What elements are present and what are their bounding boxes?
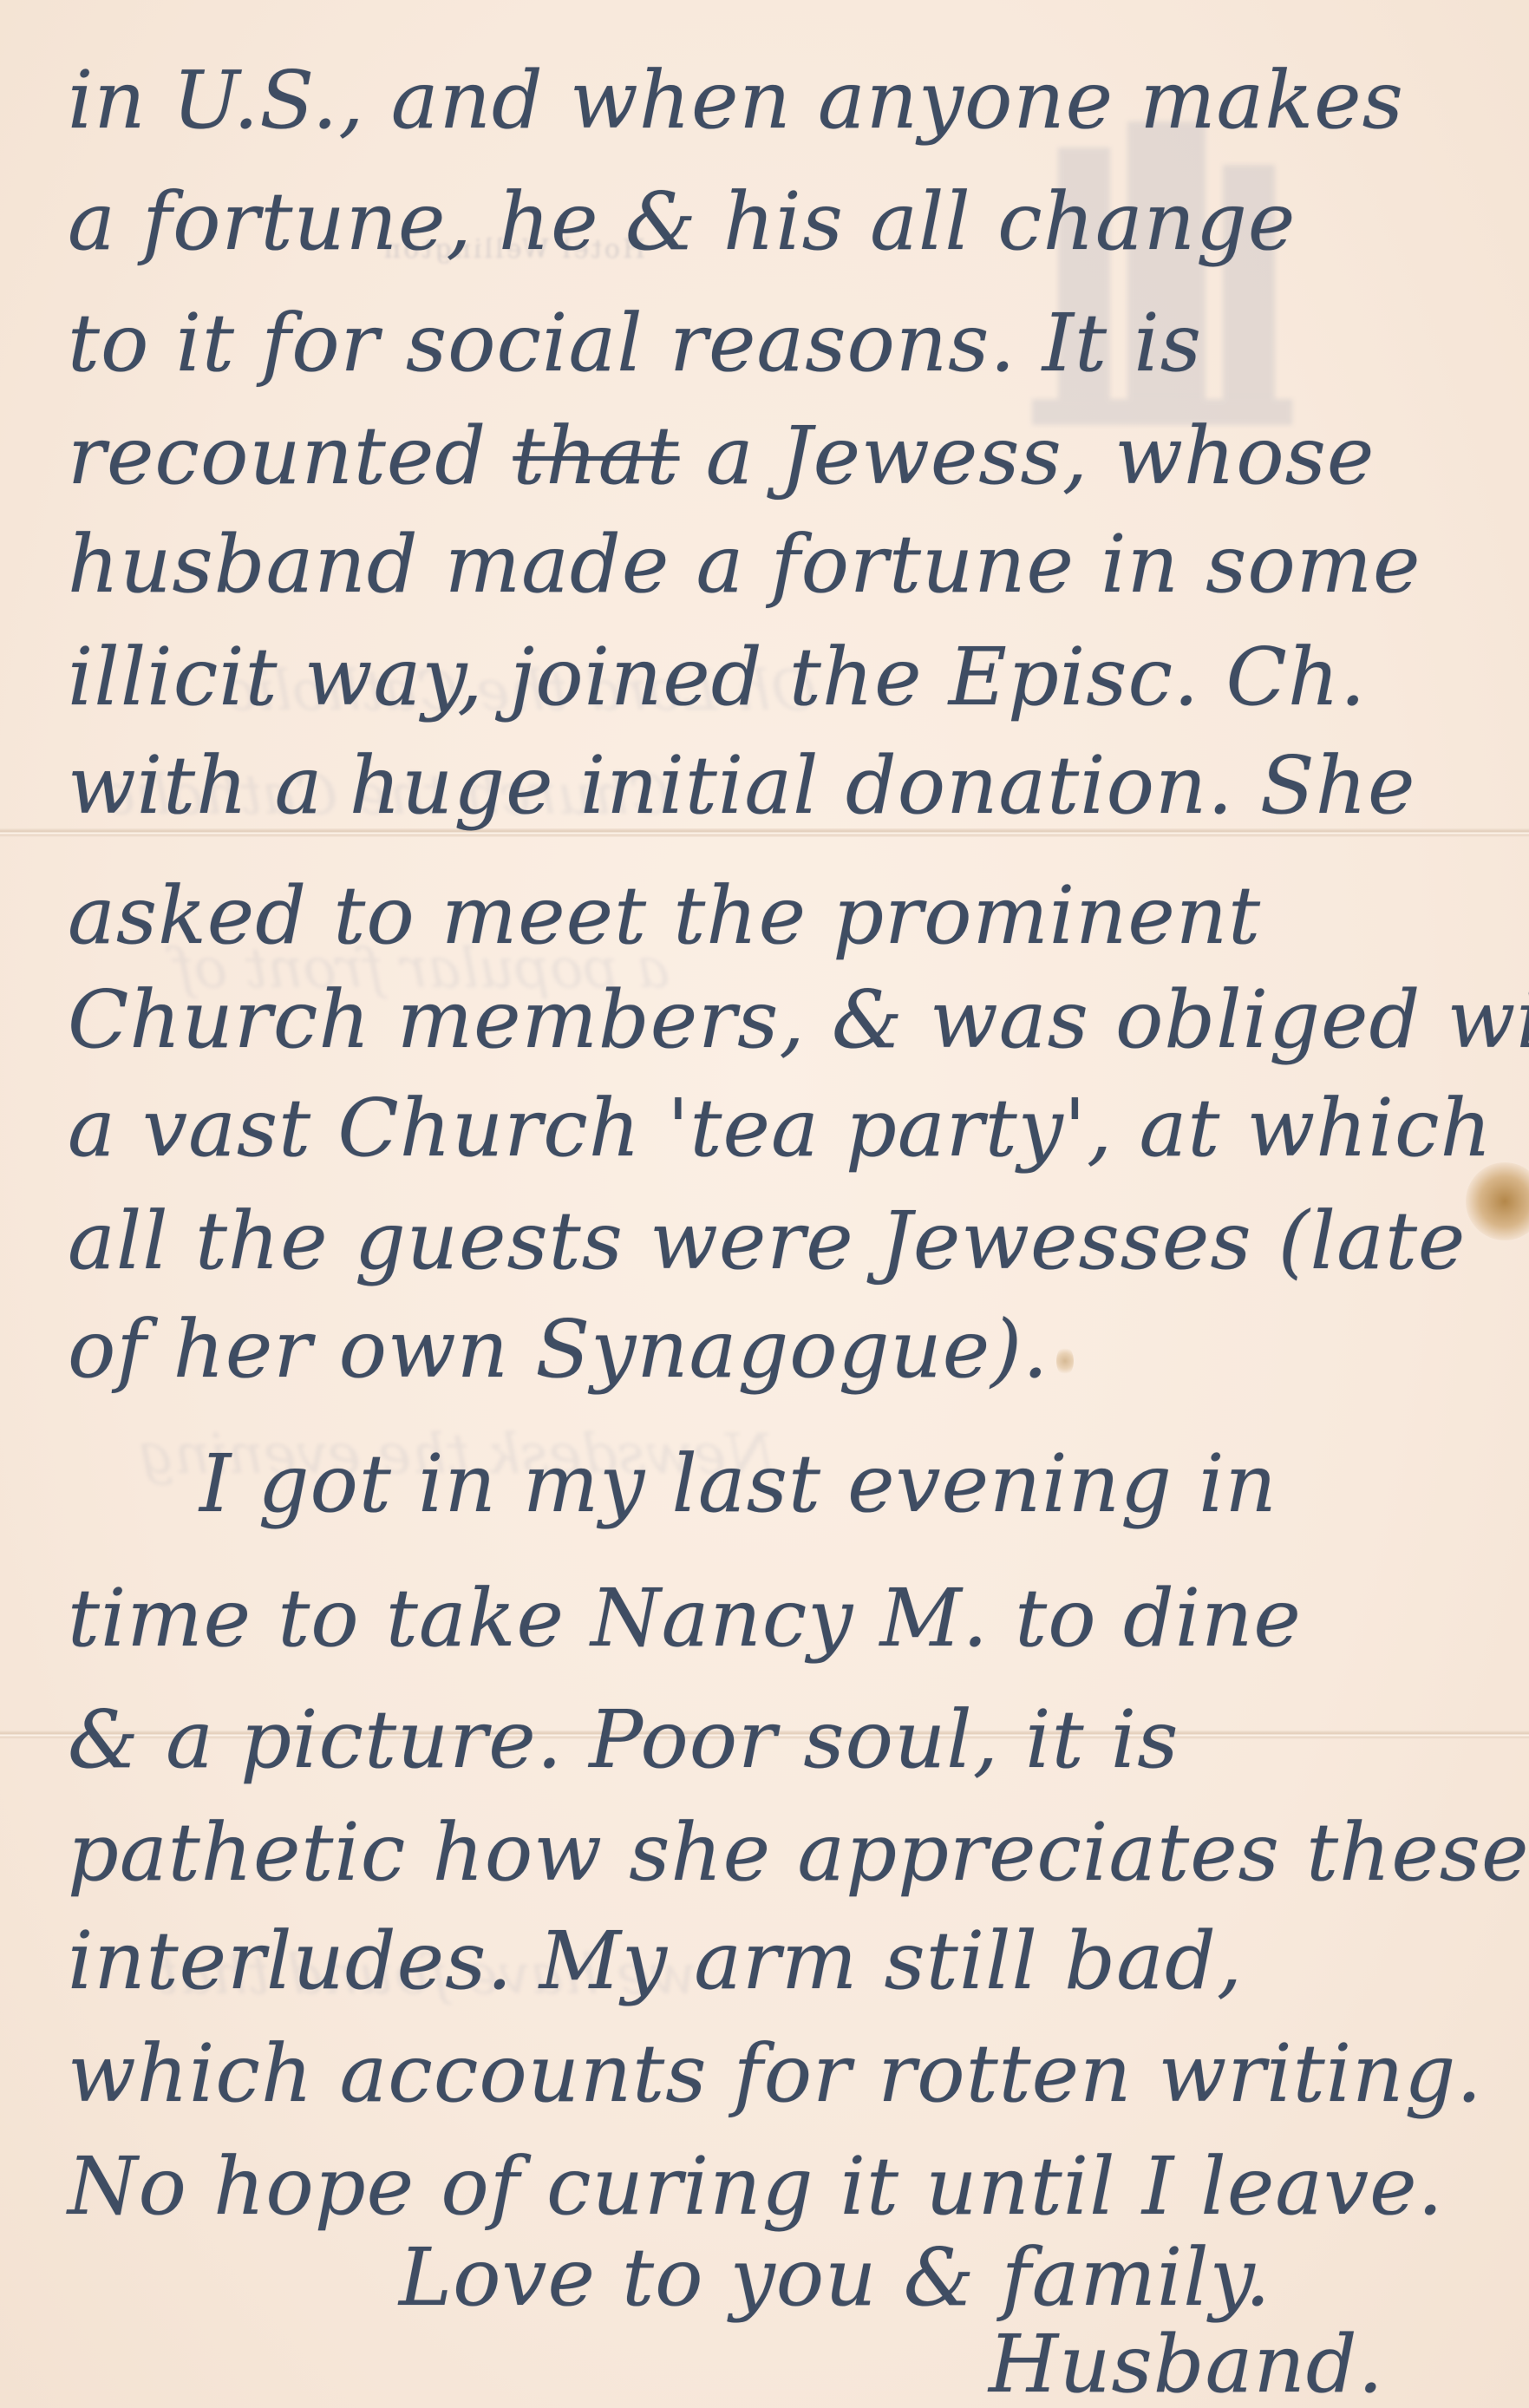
letter-line: recounted that a Jewess, whose [68,416,1375,496]
letter-line: pathetic how she appreciates these [68,1813,1529,1893]
letter-line: of her own Synagogue). [68,1310,1049,1390]
letter-line: all the guests were Jewesses (late [68,1201,1466,1281]
letter-line: husband made a fortune in some [68,525,1421,605]
letter-line: a vast Church 'tea party', at which [68,1089,1493,1168]
struck-word: that [513,409,679,502]
letter-signature: Husband. [989,2325,1384,2405]
letter-line: interludes. My arm still bad, [68,1921,1243,2001]
letter-closing: Love to you & family. [399,2238,1271,2318]
letter-page: Hotel Wellington Oh Lord the Catholic Ch… [0,0,1529,2408]
letter-line: Church members, & was obliged with [68,980,1529,1060]
letter-line: No hope of curing it until I leave. [68,2147,1444,2227]
letter-line: asked to meet the prominent [68,876,1261,956]
letter-line: I got in my last evening in [199,1444,1277,1524]
letter-line: in U.S., and when anyone makes [68,61,1404,141]
line-text: recounted [68,409,513,502]
letter-line: with a huge initial donation. She [68,746,1415,826]
paper-stain [1056,1346,1074,1376]
letter-line: time to take Nancy M. to dine [68,1579,1302,1659]
letter-line: to it for social reasons. It is [68,304,1202,383]
letter-line: which accounts for rotten writing. [68,2034,1483,2114]
letter-line: a fortune, he & his all change [68,182,1296,262]
letter-line: illicit way, joined the Episc. Ch. [68,638,1366,717]
line-text: a Jewess, whose [679,409,1375,502]
letter-line: & a picture. Poor soul, it is [68,1700,1179,1780]
